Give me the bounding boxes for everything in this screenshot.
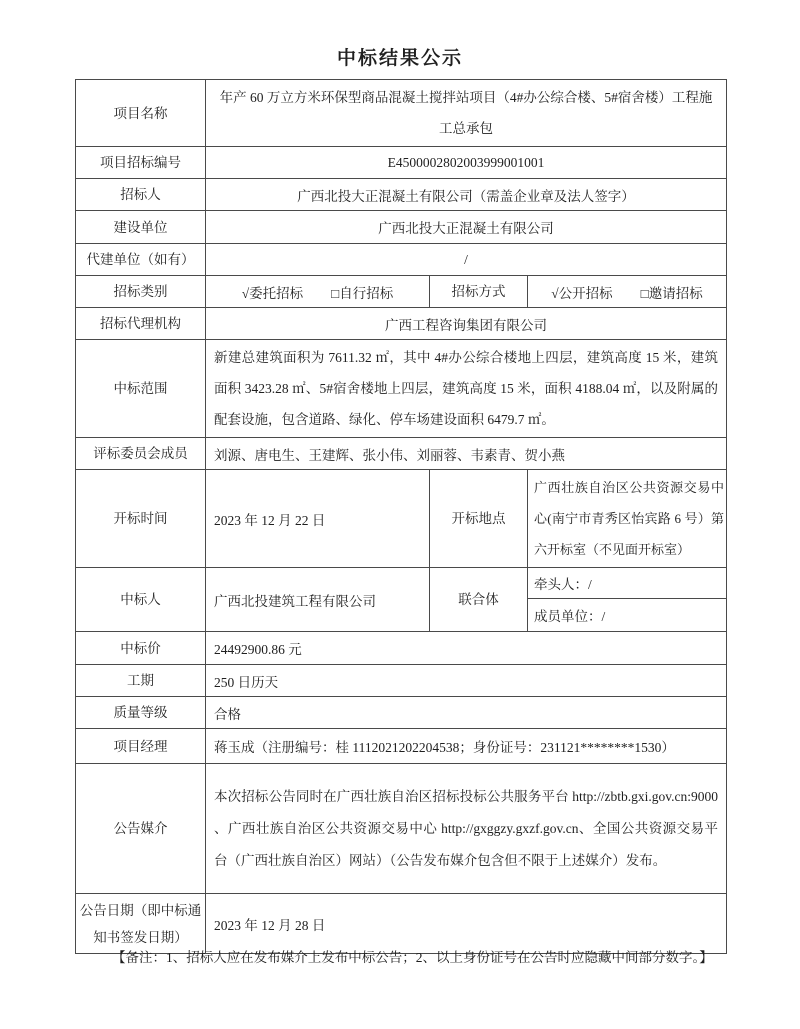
- opening-place-value: 广西壮族自治区公共资源交易中心(南宁市青秀区怡宾路 6 号）第六开标室（不见面开…: [528, 470, 727, 568]
- consortium-detail: 牵头人：/ 成员单位：/: [528, 568, 727, 632]
- row-price: 中标价 24492900.86 元: [76, 632, 727, 665]
- open-bid-checkbox: √公开招标: [551, 282, 612, 302]
- construction-unit-value: 广西北投大正混凝土有限公司: [206, 211, 727, 244]
- quality-label: 质量等级: [76, 697, 206, 729]
- consortium-member: 成员单位：/: [528, 599, 726, 630]
- row-construction-unit: 建设单位 广西北投大正混凝土有限公司: [76, 211, 727, 244]
- opening-time-label: 开标时间: [76, 470, 206, 568]
- media-label: 公告媒介: [76, 764, 206, 894]
- scope-label: 中标范围: [76, 340, 206, 438]
- project-name-label: 项目名称: [76, 80, 206, 147]
- bid-category-label: 招标类别: [76, 276, 206, 308]
- row-duration: 工期 250 日历天: [76, 665, 727, 697]
- row-manager: 项目经理 蒋玉成（注册编号：桂 1112021202204538；身份证号：23…: [76, 729, 727, 764]
- construction-unit-label: 建设单位: [76, 211, 206, 244]
- project-name-value: 年产 60 万立方米环保型商品混凝土搅拌站项目（4#办公综合楼、5#宿舍楼）工程…: [206, 80, 727, 147]
- invite-bid-checkbox: □邀请招标: [641, 282, 703, 302]
- document-page: 中标结果公示 项目名称 年产 60 万立方米环保型商品混凝土搅拌站项目（4#办公…: [0, 0, 800, 1029]
- bid-result-table: 项目名称 年产 60 万立方米环保型商品混凝土搅拌站项目（4#办公综合楼、5#宿…: [75, 79, 727, 954]
- row-quality: 质量等级 合格: [76, 697, 727, 729]
- duration-value: 250 日历天: [206, 665, 727, 697]
- committee-label: 评标委员会成员: [76, 438, 206, 470]
- bid-number-label: 项目招标编号: [76, 147, 206, 179]
- media-value: 本次招标公告同时在广西壮族自治区招标投标公共服务平台 http://zbtb.g…: [206, 764, 727, 894]
- row-bid-number: 项目招标编号 E4500002802003999001001: [76, 147, 727, 179]
- row-agency: 招标代理机构 广西工程咨询集团有限公司: [76, 308, 727, 340]
- agent-unit-label: 代建单位（如有）: [76, 244, 206, 276]
- agent-unit-value: /: [206, 244, 727, 276]
- consortium-leader: 牵头人：/: [528, 568, 726, 599]
- agency-value: 广西工程咨询集团有限公司: [206, 308, 727, 340]
- entrust-bid-checkbox: √委托招标: [242, 282, 303, 302]
- bid-method-label: 招标方式: [430, 276, 528, 308]
- page-title: 中标结果公示: [0, 43, 800, 70]
- row-bid-category: 招标类别 √委托招标 □自行招标 招标方式 √公开招标 □邀请招标: [76, 276, 727, 308]
- row-project-name: 项目名称 年产 60 万立方米环保型商品混凝土搅拌站项目（4#办公综合楼、5#宿…: [76, 80, 727, 147]
- consortium-label: 联合体: [430, 568, 528, 632]
- price-value: 24492900.86 元: [206, 632, 727, 665]
- opening-place-label: 开标地点: [430, 470, 528, 568]
- self-bid-checkbox: □自行招标: [331, 282, 393, 302]
- row-scope: 中标范围 新建总建筑面积为 7611.32 ㎡，其中 4#办公综合楼地上四层，建…: [76, 340, 727, 438]
- row-opening: 开标时间 2023 年 12 月 22 日 开标地点 广西壮族自治区公共资源交易…: [76, 470, 727, 568]
- agency-label: 招标代理机构: [76, 308, 206, 340]
- tenderee-label: 招标人: [76, 179, 206, 211]
- bid-category-options: √委托招标 □自行招标: [206, 276, 430, 308]
- row-media: 公告媒介 本次招标公告同时在广西壮族自治区招标投标公共服务平台 http://z…: [76, 764, 727, 894]
- footnote: 【备注：1、招标人应在发布媒介上发布中标公告；2、以上身份证号在公告时应隐藏中间…: [98, 944, 720, 971]
- duration-label: 工期: [76, 665, 206, 697]
- scope-value: 新建总建筑面积为 7611.32 ㎡，其中 4#办公综合楼地上四层，建筑高度 1…: [206, 340, 727, 438]
- winner-label: 中标人: [76, 568, 206, 632]
- row-agent-unit: 代建单位（如有） /: [76, 244, 727, 276]
- row-tenderee: 招标人 广西北投大正混凝土有限公司（需盖企业章及法人签字）: [76, 179, 727, 211]
- row-committee: 评标委员会成员 刘源、唐电生、王建辉、张小伟、刘丽蓉、韦素青、贺小燕: [76, 438, 727, 470]
- bid-method-options: √公开招标 □邀请招标: [528, 276, 727, 308]
- row-winner: 中标人 广西北投建筑工程有限公司 联合体 牵头人：/ 成员单位：/: [76, 568, 727, 632]
- tenderee-value: 广西北投大正混凝土有限公司（需盖企业章及法人签字）: [206, 179, 727, 211]
- winner-value: 广西北投建筑工程有限公司: [206, 568, 430, 632]
- bid-number-value: E4500002802003999001001: [206, 147, 727, 179]
- manager-label: 项目经理: [76, 729, 206, 764]
- quality-value: 合格: [206, 697, 727, 729]
- manager-value: 蒋玉成（注册编号：桂 1112021202204538；身份证号：231121*…: [206, 729, 727, 764]
- opening-time-value: 2023 年 12 月 22 日: [206, 470, 430, 568]
- committee-value: 刘源、唐电生、王建辉、张小伟、刘丽蓉、韦素青、贺小燕: [206, 438, 727, 470]
- price-label: 中标价: [76, 632, 206, 665]
